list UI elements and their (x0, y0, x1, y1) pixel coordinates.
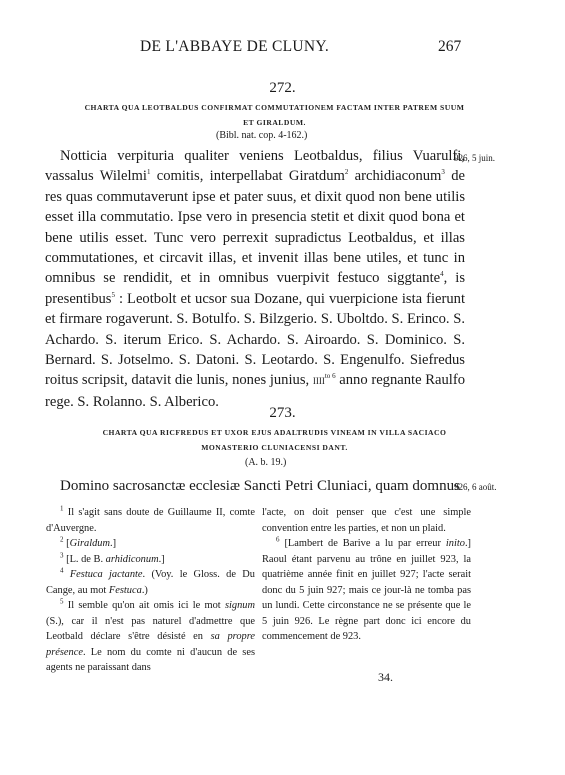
footnote-1: 1 Il s'agit sans doute de Guillaume II, … (46, 505, 255, 536)
text-segment: de res quas commutaverunt ipse et pater … (45, 168, 465, 286)
footnote-italic: inito (446, 538, 465, 549)
charter-272-heading-line1: CHARTA QUA LEOTBALDUS CONFIRMAT COMMUTAT… (0, 103, 557, 112)
footnote-ref-6[interactable]: to 6 (325, 373, 336, 381)
footnote-2: 2 [Giraldum.] (46, 536, 255, 552)
text-segment: comitis, interpellabat Giratdum (150, 168, 344, 184)
footnote-4: 4 Festuca jactante. (Voy. le Gloss. de D… (46, 567, 255, 598)
charter-273-source: (A. b. 19.) (245, 457, 286, 468)
footnote-text: .] (159, 554, 165, 565)
roman-numeral: IIII (313, 376, 325, 386)
footnote-text: [Lambert de Barive a lu par erreur (284, 538, 445, 549)
charter-273-heading-line2: MONASTERIO CLUNIACENSI DANT. (0, 443, 557, 452)
charter-273-number: 273. (0, 405, 565, 422)
footnote-5: 5 Il semble qu'on ait omis ici le mot si… (46, 598, 255, 676)
footnote-mark: 1 (60, 505, 64, 513)
charter-273-first-line: Domino sacrosanctæ ecclesiæ Sancti Petri… (45, 476, 465, 496)
footnote-text: .) (142, 585, 148, 596)
charter-272-heading-line2: ET GIRALDUM. (0, 118, 557, 127)
footnote-mark: 6 (276, 536, 280, 544)
charter-272-source: (Bibl. nat. cop. 4-162.) (216, 130, 307, 141)
footnote-text: .] (110, 538, 116, 549)
footnote-mark: 3 (60, 551, 64, 559)
text-segment: archidiaconum (348, 168, 441, 184)
footnote-text: Il s'agit sans doute de Guillaume II, co… (46, 507, 255, 534)
footnote-mark: 2 (60, 536, 64, 544)
footnote-text: Il semble qu'on ait omis ici le mot (68, 600, 225, 611)
charter-273-heading-line1: CHARTA QUA RICFREDUS ET UXOR EJUS ADALTR… (0, 428, 557, 437)
footnote-italic: Giraldum (70, 538, 110, 549)
footnote-5-continued: l'acte, on doit penser que c'est une sim… (262, 505, 471, 536)
footnote-text: [L. de B. (66, 554, 106, 565)
charter-272-text: Notticia verpituria qualiter veniens Leo… (45, 146, 465, 412)
footnote-text: .] Raoul étant parvenu au trône en juill… (262, 538, 471, 642)
footnotes-left-column: 1 Il s'agit sans doute de Guillaume II, … (46, 505, 255, 676)
signature-mark: 34. (378, 670, 393, 685)
footnote-6: 6 [Lambert de Barive a lu par erreur ini… (262, 536, 471, 645)
running-title: DE L'ABBAYE DE CLUNY. (140, 38, 329, 56)
footnote-italic: Festuca jactante (70, 569, 143, 580)
footnote-3: 3 [L. de B. arhidiconum.] (46, 552, 255, 568)
footnote-mark: 4 (60, 567, 64, 575)
page-number: 267 (438, 38, 461, 56)
footnote-italic: signum (225, 600, 255, 611)
charter-273-text: Domino sacrosanctæ ecclesiæ Sancti Petri… (45, 476, 465, 496)
charter-272-number: 272. (0, 80, 565, 97)
footnote-mark: 5 (60, 598, 64, 606)
footnotes-right-column: l'acte, on doit penser que c'est une sim… (262, 505, 471, 645)
footnote-italic: Festuca (109, 585, 142, 596)
footnote-italic: arhidiconum (106, 554, 159, 565)
